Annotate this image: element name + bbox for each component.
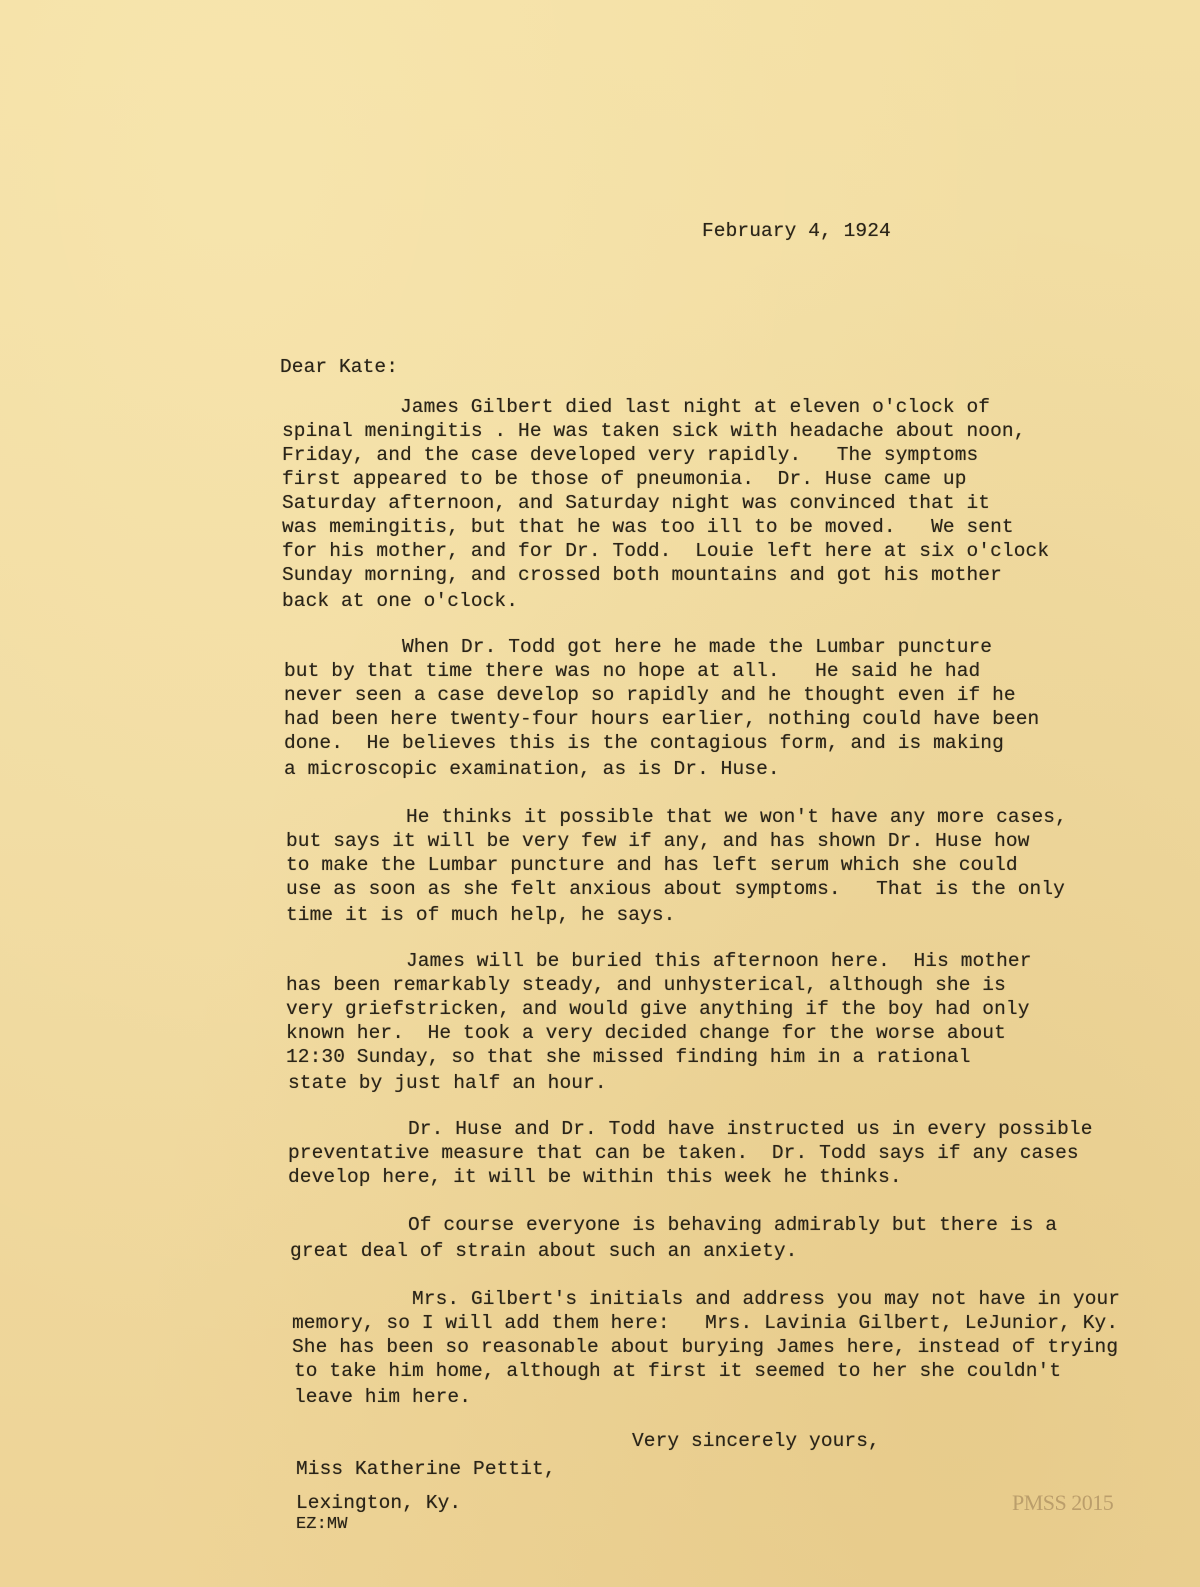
paragraph-line: Mrs. Gilbert's initials and address you … [412,1290,1120,1310]
letter-page: February 4, 1924 Dear Kate: James Gilber… [0,0,1200,1587]
closing: Very sincerely yours, [632,1432,880,1452]
paragraph-line: Sunday morning, and crossed both mountai… [282,566,1002,586]
paragraph-line: Dr. Huse and Dr. Todd have instructed us… [408,1120,1093,1140]
paragraph-line: When Dr. Todd got here he made the Lumba… [402,638,992,658]
salutation: Dear Kate: [280,358,398,378]
paragraph-line: great deal of strain about such an anxie… [290,1242,797,1262]
paragraph-line: Saturday afternoon, and Saturday night w… [282,494,990,514]
paragraph-line: known her. He took a very decided change… [286,1024,1006,1044]
paragraph-line: time it is of much help, he says. [286,906,675,926]
paragraph-line: never seen a case develop so rapidly and… [284,686,1016,706]
recipient-address: Lexington, Ky. [296,1494,461,1514]
paragraph-line: 12:30 Sunday, so that she missed finding… [286,1048,971,1068]
paragraph-line: done. He believes this is the contagious… [284,734,1004,754]
paragraph-line: very griefstricken, and would give anyth… [286,1000,1030,1020]
paragraph-line: but by that time there was no hope at al… [284,662,980,682]
paragraph-line: She has been so reasonable about burying… [292,1338,1118,1358]
reference-initials: EZ:MW [296,1516,348,1533]
paragraph-line: to take him home, although at first it s… [294,1362,1061,1382]
paragraph-line: had been here twenty-four hours earlier,… [284,710,1039,730]
paragraph-line: was memingitis, but that he was too ill … [282,518,1014,538]
paragraph-line: preventative measure that can be taken. … [288,1144,1079,1164]
paragraph-line: a microscopic examination, as is Dr. Hus… [284,760,780,780]
paragraph-line: for his mother, and for Dr. Todd. Louie … [282,542,1049,562]
paragraph-line: spinal meningitis . He was taken sick wi… [282,422,1026,442]
paragraph-line: leave him here. [294,1388,471,1408]
letter-date: February 4, 1924 [702,222,891,242]
paragraph-line: back at one o'clock. [282,592,518,612]
paragraph-line: James Gilbert died last night at eleven … [400,398,990,418]
paragraph-line: use as soon as she felt anxious about sy… [286,880,1065,900]
paragraph-line: Friday, and the case developed very rapi… [282,446,978,466]
paragraph-line: state by just half an hour. [288,1074,607,1094]
paragraph-line: but says it will be very few if any, and… [286,832,1030,852]
paragraph-line: He thinks it possible that we won't have… [406,808,1067,828]
archive-watermark: PMSS 2015 [1012,1490,1113,1516]
recipient-name: Miss Katherine Pettit, [296,1460,556,1480]
paragraph-line: Of course everyone is behaving admirably… [408,1216,1057,1236]
paragraph-line: memory, so I will add them here: Mrs. La… [292,1314,1118,1334]
paragraph-line: has been remarkably steady, and unhyster… [286,976,1006,996]
paragraph-line: develop here, it will be within this wee… [288,1168,902,1188]
paragraph-line: first appeared to be those of pneumonia.… [282,470,967,490]
paragraph-line: James will be buried this afternoon here… [406,952,1032,972]
paragraph-line: to make the Lumbar puncture and has left… [286,856,1018,876]
